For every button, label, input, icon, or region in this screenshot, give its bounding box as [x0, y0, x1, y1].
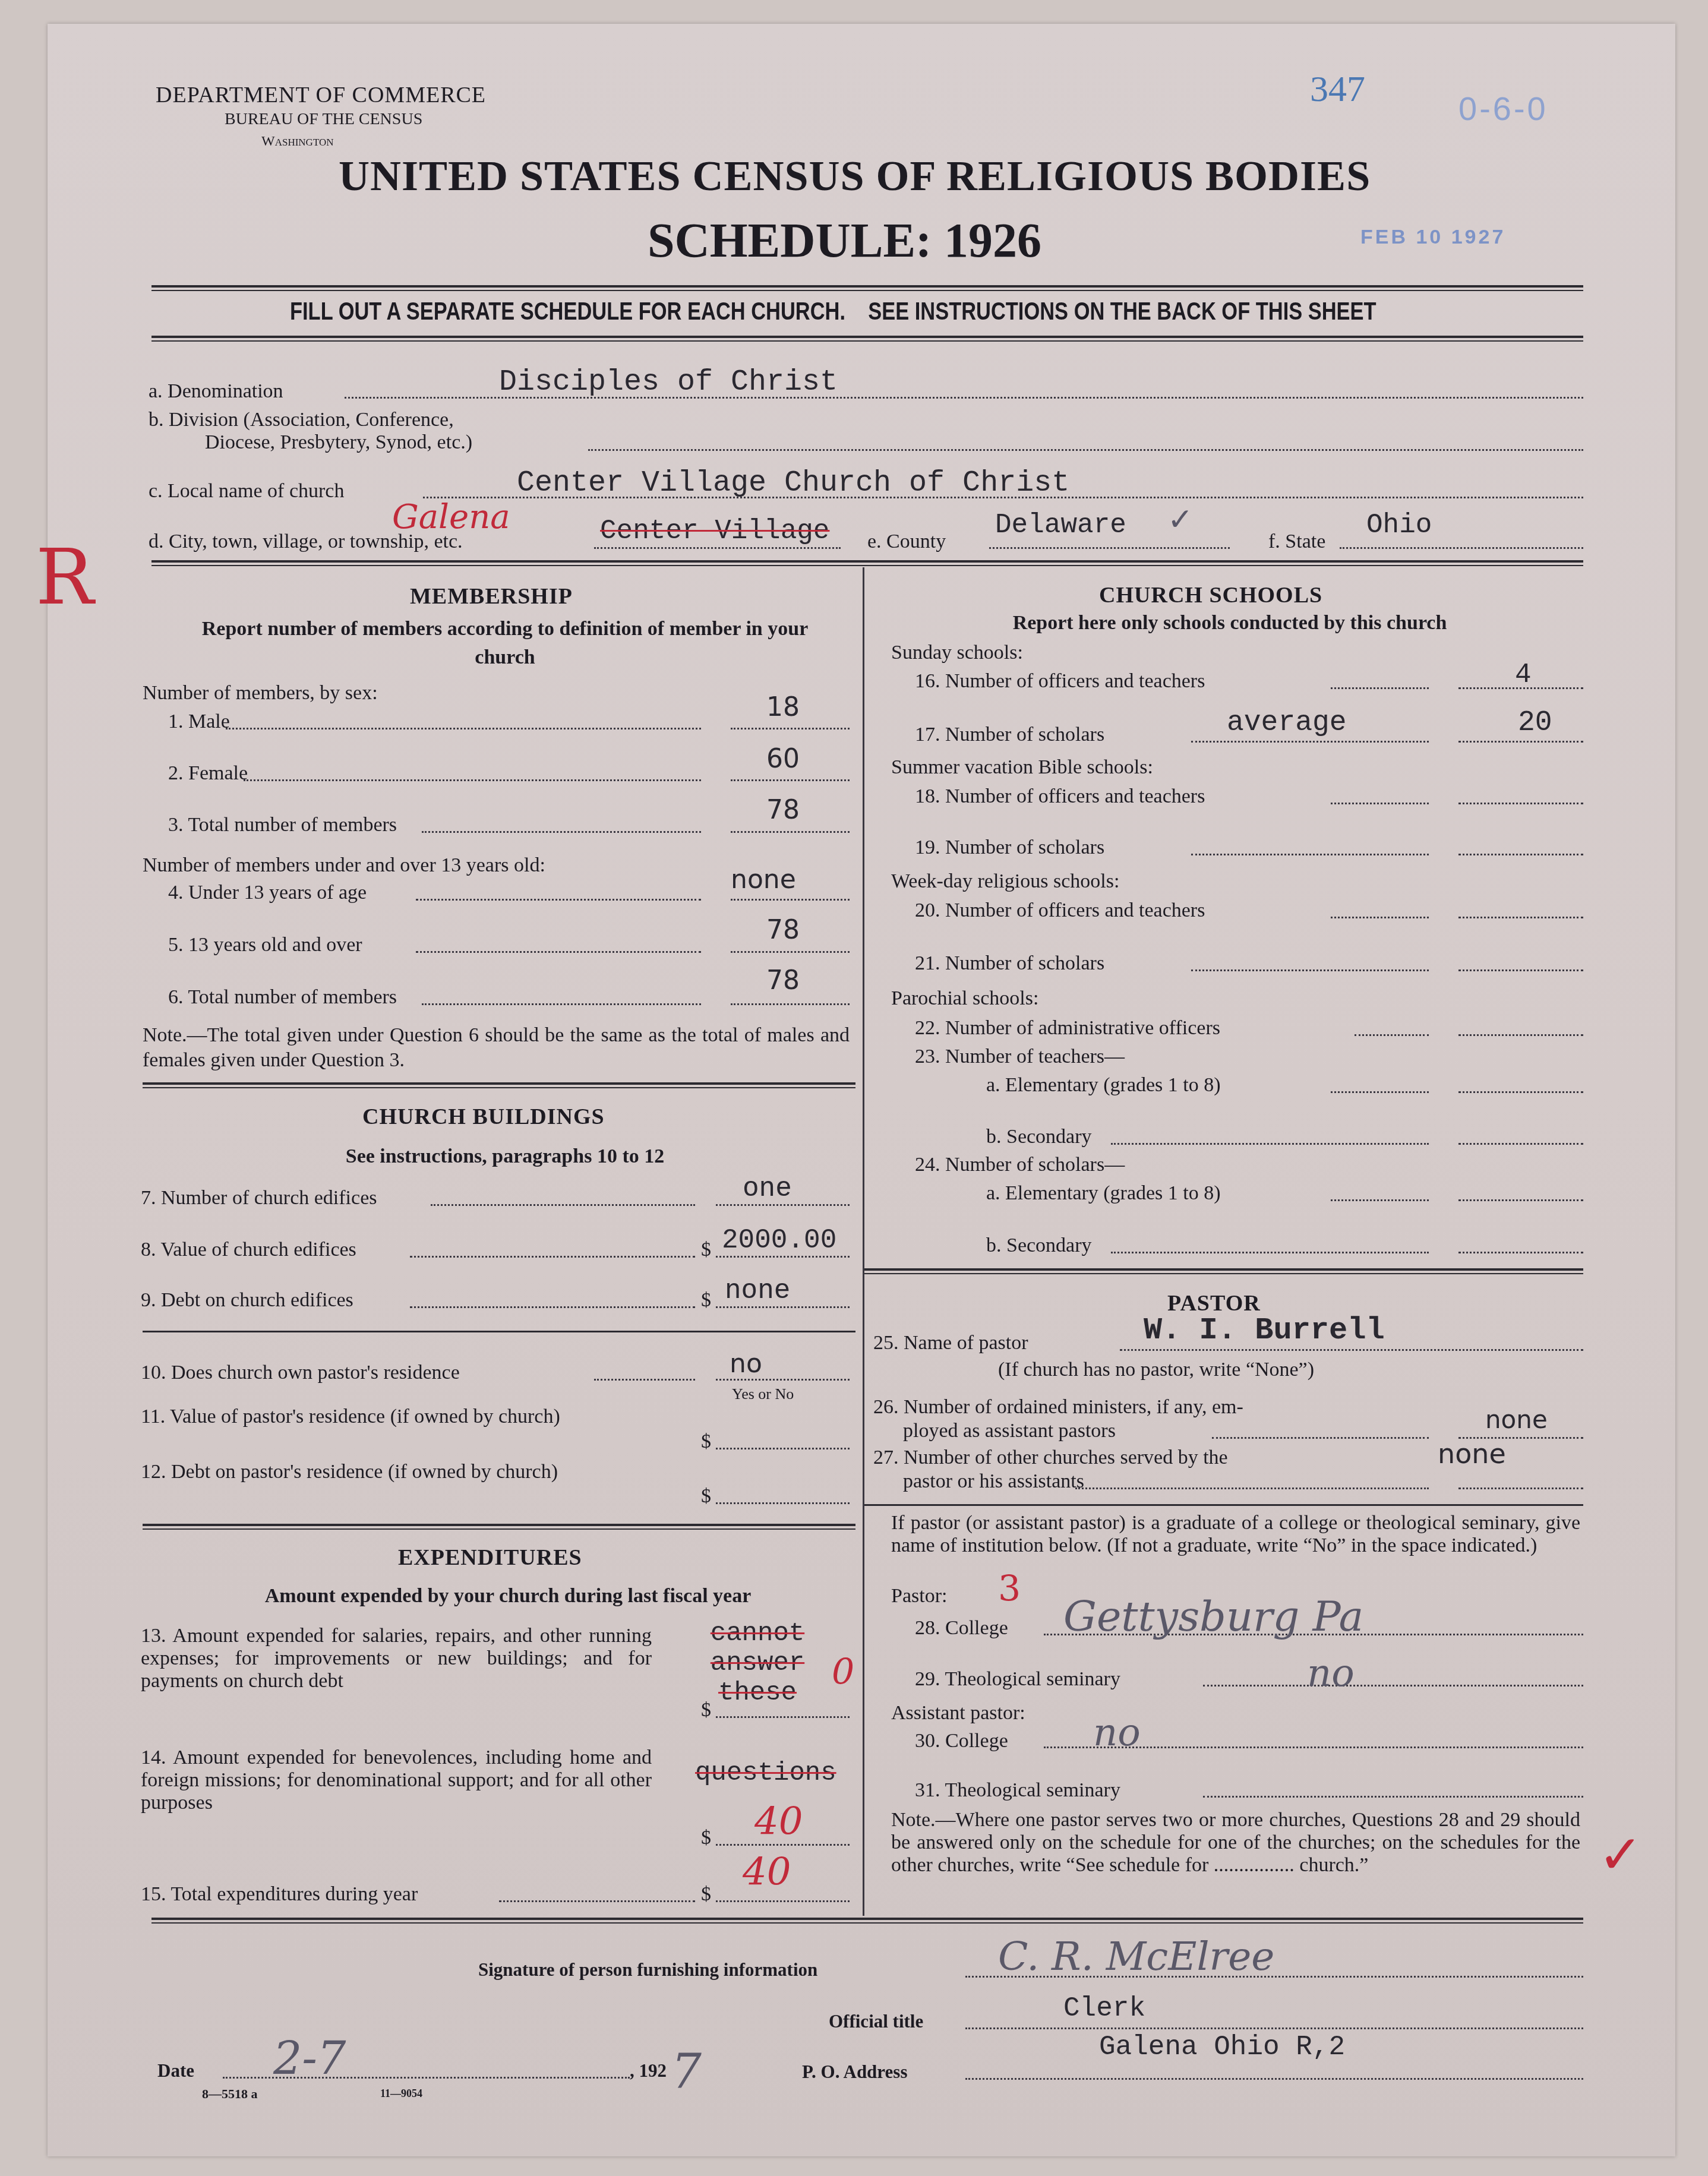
pastor-note: Note.—Where one pastor serves two or mor… [891, 1809, 1580, 1877]
state-value: Ohio [1366, 510, 1432, 541]
edifices-value-dollar: $ [701, 1239, 711, 1261]
sunday-scholars-field[interactable] [1458, 741, 1583, 743]
leader-dots [1111, 1143, 1429, 1145]
parochial-schools-heading: Parochial schools: [891, 987, 1038, 1010]
weekday-scholars-label: 21. Number of scholars [915, 952, 1104, 975]
parochial-teachers-elementary-label: a. Elementary (grades 1 to 8) [986, 1074, 1221, 1097]
total-members-label: 3. Total number of members [168, 814, 397, 836]
ordained-label-1: 26. Number of ordained ministers, if any… [873, 1396, 1243, 1419]
leader-dots [1355, 1034, 1429, 1036]
denomination-value: Disciples of Christ [499, 365, 838, 399]
leader-dots [416, 951, 701, 953]
over-13-value: 78 [766, 915, 800, 945]
sunday-officers-value: 4 [1515, 659, 1532, 690]
membership-rule [143, 1082, 855, 1088]
seminary-value: no [1307, 1651, 1355, 1695]
residence-value-dollar: $ [701, 1430, 711, 1453]
total-expenditures-dollar: $ [701, 1883, 711, 1906]
leader-dots [422, 1003, 701, 1005]
summer-scholars-label: 19. Number of scholars [915, 836, 1104, 859]
parochial-teachers-secondary-label: b. Secondary [986, 1126, 1092, 1148]
county-check-icon: ✓ [1167, 502, 1194, 538]
total-expenditures-correction: 40 [743, 1850, 791, 1894]
bureau-name: BUREAU OF THE CENSUS [225, 110, 422, 129]
column-divider [863, 567, 864, 1916]
department-name: DEPARTMENT OF COMMERCE [156, 82, 486, 108]
weekday-scholars-field[interactable] [1458, 969, 1583, 971]
parochial-admin-field[interactable] [1458, 1034, 1583, 1036]
city-correction: Galena [392, 498, 510, 536]
official-title-label: Official title [829, 2011, 923, 2032]
college-value: Gettysburg Pa [1063, 1592, 1363, 1641]
over-13-field[interactable] [731, 951, 850, 953]
county-field[interactable] [989, 547, 1230, 549]
stamp-number: 347 [1310, 68, 1365, 110]
city-field[interactable] [594, 547, 841, 549]
total-members-2-label: 6. Total number of members [168, 986, 397, 1009]
male-field[interactable] [731, 728, 850, 729]
running-expenses-field[interactable] [716, 1716, 850, 1718]
church-buildings-title: CHURCH BUILDINGS [362, 1104, 605, 1130]
edifices-debt-value: none [725, 1275, 790, 1306]
form-number: 8—5518 a [202, 2086, 258, 2102]
parochial-teachers-elementary-field[interactable] [1458, 1091, 1583, 1093]
benevolences-field[interactable] [716, 1844, 850, 1846]
date-year-suffix: 7 [671, 2044, 702, 2099]
leader-dots [410, 1306, 695, 1308]
division-label-1: b. Division (Association, Conference, [149, 409, 454, 431]
leader-dots [1331, 917, 1429, 918]
total-members-2-field[interactable] [731, 1003, 850, 1005]
pastor-mark: 3 [998, 1568, 1021, 1610]
weekday-officers-field[interactable] [1458, 917, 1583, 918]
asst-seminary-field[interactable] [1203, 1796, 1583, 1798]
by-age-label: Number of members under and over 13 year… [143, 854, 545, 877]
running-expenses-struck: cannot answer these [668, 1619, 847, 1708]
graduate-intro: If pastor (or assistant pastor) is a gra… [891, 1512, 1580, 1557]
parochial-scholars-elementary-field[interactable] [1458, 1199, 1583, 1201]
leader-dots [1331, 687, 1429, 689]
stamp-code: 0-6-0 [1458, 89, 1548, 128]
under-13-field[interactable] [731, 899, 850, 901]
po-address-field[interactable] [965, 2078, 1583, 2080]
bureau-city: Washington [261, 134, 334, 150]
seminary-label: 29. Theological seminary [915, 1668, 1120, 1691]
leader-dots [226, 728, 701, 729]
edifices-value-field[interactable] [716, 1256, 850, 1258]
membership-subtitle: Report number of members according to de… [178, 615, 832, 672]
female-value: 60 [766, 744, 800, 774]
total-members-field[interactable] [731, 831, 850, 833]
summer-scholars-field[interactable] [1458, 854, 1583, 855]
leader-dots [1331, 1199, 1429, 1201]
church-schools-subtitle: Report here only schools conducted by th… [879, 612, 1580, 634]
leader-dots [422, 831, 701, 833]
membership-note: Note.—The total given under Question 6 s… [143, 1023, 850, 1073]
local-name-label: c. Local name of church [149, 480, 344, 503]
date-label: Date [157, 2060, 194, 2082]
schedule-title: SCHEDULE: 1926 [648, 213, 1041, 269]
leader-dots [1075, 1487, 1429, 1489]
other-churches-label-2: pastor or his assistants [903, 1470, 1084, 1493]
buildings-rule [143, 1524, 855, 1530]
summer-officers-field[interactable] [1458, 803, 1583, 804]
review-check-icon: ✓ [1598, 1824, 1643, 1886]
parochial-admin-label: 22. Number of administrative officers [915, 1017, 1220, 1040]
residence-owned-value: no [730, 1348, 762, 1379]
banner-separate-schedule: FILL OUT A SEPARATE SCHEDULE FOR EACH CH… [290, 297, 1376, 326]
seminary-field[interactable] [1203, 1685, 1583, 1687]
over-13-label: 5. 13 years old and over [168, 934, 362, 956]
date-value: 2-7 [273, 2032, 346, 2085]
margin-mark: R [36, 532, 94, 622]
benevolences-label: 14. Amount expended for benevolences, in… [141, 1747, 652, 1814]
city-value-struck: Center Village [600, 516, 829, 547]
leader-dots [1331, 803, 1429, 804]
edifices-count-field[interactable] [716, 1204, 850, 1206]
sunday-scholars-note: average [1227, 707, 1347, 739]
local-name-value: Center Village Church of Christ [517, 466, 1069, 500]
edifices-count-value: one [743, 1173, 792, 1204]
parochial-teachers-secondary-field[interactable] [1458, 1143, 1583, 1145]
total-expenditures-field[interactable] [716, 1900, 850, 1902]
po-address-value: Galena Ohio R,2 [1099, 2032, 1345, 2063]
weekday-officers-label: 20. Number of officers and teachers [915, 899, 1205, 922]
male-label: 1. Male [168, 710, 230, 733]
parochial-teachers-label: 23. Number of teachers— [915, 1046, 1125, 1068]
membership-title: MEMBERSHIP [410, 583, 573, 609]
sunday-scholars-note-field[interactable] [1191, 741, 1429, 743]
ordained-label-2: ployed as assistant pastors [903, 1420, 1116, 1442]
official-title-value: Clerk [1063, 1993, 1145, 2024]
asst-seminary-label: 31. Theological seminary [915, 1779, 1120, 1802]
by-sex-label: Number of members, by sex: [143, 682, 378, 705]
weekday-schools-heading: Week-day religious schools: [891, 870, 1119, 893]
edifices-count-label: 7. Number of church edifices [141, 1187, 377, 1209]
pastor-divider [864, 1504, 1583, 1506]
header-rule-bottom [151, 336, 1583, 342]
total-members-value: 78 [766, 795, 800, 825]
other-churches-field[interactable] [1458, 1487, 1583, 1489]
identification-rule [151, 560, 1583, 566]
residence-debt-label: 12. Debt on pastor's residence (if owned… [141, 1458, 652, 1486]
state-label: f. State [1268, 530, 1325, 553]
leader-dots [244, 779, 701, 781]
church-buildings-subtitle: See instructions, paragraphs 10 to 12 [178, 1145, 832, 1168]
residence-owned-field[interactable] [716, 1379, 850, 1381]
leader-dots [416, 899, 701, 901]
running-expenses-label: 13. Amount expended for salaries, repair… [141, 1625, 652, 1692]
under-13-value: none [731, 864, 796, 895]
page-title: UNITED STATES CENSUS OF RELIGIOUS BODIES [339, 151, 1371, 201]
edifices-value-label: 8. Value of church edifices [141, 1239, 356, 1261]
total-expenditures-label: 15. Total expenditures during year [141, 1883, 418, 1906]
summer-officers-label: 18. Number of officers and teachers [915, 785, 1205, 808]
edifices-debt-label: 9. Debt on church edifices [141, 1289, 353, 1312]
residence-value-label: 11. Value of pastor's residence (if owne… [141, 1403, 652, 1430]
pastor-name-hint: (If church has no pastor, write “None”) [998, 1359, 1314, 1381]
other-churches-label-1: 27. Number of other churches served by t… [873, 1447, 1228, 1469]
male-value: 18 [766, 692, 800, 722]
residence-debt-dollar: $ [701, 1485, 711, 1508]
running-expenses-correction: 0 [832, 1651, 854, 1693]
asst-college-label: 30. College [915, 1730, 1008, 1752]
official-title-field[interactable] [965, 2027, 1583, 2029]
po-address-label: P. O. Address [802, 2061, 907, 2083]
parochial-scholars-elementary-label: a. Elementary (grades 1 to 8) [986, 1182, 1221, 1205]
sunday-scholars-value: 20 [1518, 707, 1552, 739]
ordained-value: none [1485, 1405, 1548, 1434]
leader-dots [431, 1204, 695, 1206]
division-field[interactable] [588, 449, 1583, 451]
pastor-name-field[interactable] [1120, 1349, 1583, 1351]
leader-dots [1111, 1252, 1429, 1253]
residence-value-field[interactable] [716, 1448, 850, 1449]
total-members-2-value: 78 [766, 965, 800, 996]
benevolences-dollar: $ [701, 1827, 711, 1849]
assistant-heading: Assistant pastor: [891, 1702, 1025, 1725]
college-label: 28. College [915, 1617, 1008, 1640]
sunday-officers-label: 16. Number of officers and teachers [915, 670, 1205, 693]
parochial-scholars-label: 24. Number of scholars— [915, 1154, 1125, 1176]
schools-rule [864, 1268, 1583, 1274]
date-year-prefix: , 192 [630, 2060, 667, 2082]
state-field[interactable] [1340, 547, 1583, 549]
leader-dots [499, 1900, 695, 1902]
residence-debt-field[interactable] [716, 1502, 850, 1504]
female-field[interactable] [731, 779, 850, 781]
female-label: 2. Female [168, 762, 248, 785]
county-label: e. County [867, 530, 946, 553]
print-number: 11—9054 [380, 2087, 422, 2100]
benevolences-correction: 40 [754, 1800, 803, 1844]
pastor-name-value: W. I. Burrell [1144, 1313, 1385, 1348]
sunday-scholars-label: 17. Number of scholars [915, 724, 1104, 746]
buildings-divider [143, 1331, 855, 1332]
leader-dots [594, 1379, 695, 1381]
under-13-label: 4. Under 13 years of age [168, 882, 367, 904]
edifices-value: 2000.00 [722, 1225, 836, 1256]
leader-dots [410, 1256, 695, 1258]
benevolences-struck: questions [695, 1758, 836, 1788]
expenditures-subtitle: Amount expended by your church during la… [166, 1585, 850, 1607]
yes-or-no-hint: Yes or No [732, 1385, 794, 1403]
residence-owned-label: 10. Does church own pastor's residence [141, 1362, 460, 1384]
leader-dots [1191, 854, 1429, 855]
church-schools-title: CHURCH SCHOOLS [1099, 582, 1322, 608]
denomination-label: a. Denomination [149, 380, 283, 403]
summer-schools-heading: Summer vacation Bible schools: [891, 756, 1153, 779]
signature-label: Signature of person furnishing informati… [478, 1959, 817, 1981]
pastor-heading: Pastor: [891, 1585, 947, 1607]
leader-dots [1191, 969, 1429, 971]
parochial-scholars-secondary-field[interactable] [1458, 1252, 1583, 1253]
expenditures-title: EXPENDITURES [398, 1545, 582, 1571]
received-date-stamp: FEB 10 1927 [1360, 226, 1505, 249]
edifices-debt-dollar: $ [701, 1289, 711, 1312]
footer-rule [151, 1918, 1583, 1924]
county-value: Delaware [995, 510, 1126, 541]
edifices-debt-field[interactable] [716, 1306, 850, 1308]
other-churches-value: none [1438, 1438, 1506, 1470]
signature-value: C. R. McElree [998, 1934, 1274, 1979]
header-rule-top [151, 285, 1583, 291]
sunday-schools-heading: Sunday schools: [891, 642, 1023, 664]
pastor-name-label: 25. Name of pastor [873, 1332, 1028, 1354]
leader-dots [1212, 1437, 1429, 1439]
asst-college-value: no [1093, 1711, 1141, 1755]
leader-dots [1331, 1091, 1429, 1093]
division-label-2: Diocese, Presbytery, Synod, etc.) [205, 431, 472, 454]
parochial-scholars-secondary-label: b. Secondary [986, 1234, 1092, 1257]
